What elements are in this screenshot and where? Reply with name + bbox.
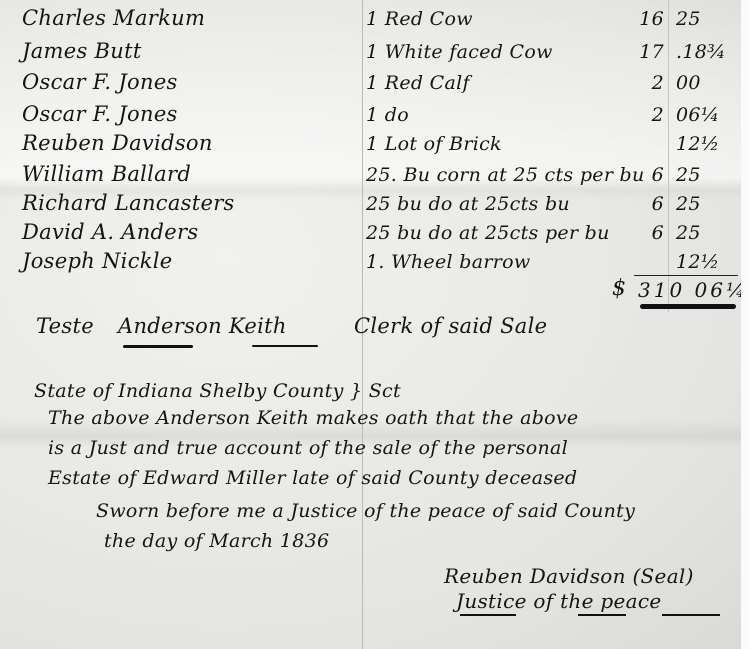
buyer-name: Oscar F. Jones <box>22 70 178 94</box>
ledger-total: $ 310 06¼ <box>600 272 740 312</box>
buyer-name: James Butt <box>22 39 142 63</box>
amount-cents: 12½ <box>676 251 720 273</box>
amount-dollars: 6 <box>606 164 664 186</box>
buyer-name: William Ballard <box>22 162 191 186</box>
total-rule <box>634 275 738 276</box>
clerk-name-underline <box>252 345 318 347</box>
article: 25. Bu corn at 25 cts per bu <box>366 164 645 186</box>
scanned-document-page: Charles Markum 1 Red Cow 16 25 James But… <box>0 0 749 649</box>
signature-underline <box>662 614 720 616</box>
justice-signature: Reuben Davidson (Seal) <box>444 564 694 588</box>
amount-dollars: 17 <box>606 41 664 63</box>
buyer-name: Richard Lancasters <box>22 191 235 215</box>
oath-line: is a Just and true account of the sale o… <box>48 437 568 459</box>
article: 1 Lot of Brick <box>366 133 502 155</box>
amount-cents: .18¾ <box>676 41 726 63</box>
ledger-row: Oscar F. Jones 1 do 2 06¼ <box>0 100 749 130</box>
amount-cents: 12½ <box>676 133 720 155</box>
page-edge <box>741 0 749 649</box>
clerk-role: Clerk of said Sale <box>354 314 547 338</box>
buyer-name: David A. Anders <box>22 220 198 244</box>
ledger-row: Oscar F. Jones 1 Red Calf 2 00 <box>0 68 749 98</box>
article: 1. Wheel barrow <box>366 251 530 273</box>
oath-date: the day of March 1836 <box>104 530 329 552</box>
article: 1 White faced Cow <box>366 41 553 63</box>
ledger-row: David A. Anders 25 bu do at 25cts per bu… <box>0 218 749 248</box>
signature-underline <box>460 614 516 616</box>
teste-label: Teste <box>36 314 94 338</box>
ledger-row: Reuben Davidson 1 Lot of Brick 12½ <box>0 129 749 159</box>
article: 1 Red Calf <box>366 72 470 94</box>
dollar-sign: $ <box>612 276 626 301</box>
clerk-name-underline <box>123 345 193 348</box>
oath-line: Estate of Edward Miller late of said Cou… <box>48 467 577 489</box>
article: 1 do <box>366 104 409 126</box>
clerk-name: Anderson Keith <box>118 314 287 338</box>
ledger-row: Charles Markum 1 Red Cow 16 25 <box>0 4 749 34</box>
amount-dollars: 16 <box>606 8 664 30</box>
amount-cents: 06¼ <box>676 104 720 126</box>
total-underline <box>640 304 736 309</box>
oath-line: Sworn before me a Justice of the peace o… <box>96 500 635 522</box>
justice-title: Justice of the peace <box>456 589 662 613</box>
article: 25 bu do at 25cts bu <box>366 193 570 215</box>
amount-dollars: 2 <box>606 104 664 126</box>
article: 25 bu do at 25cts per bu <box>366 222 610 244</box>
amount-cents: 25 <box>676 193 701 215</box>
article: 1 Red Cow <box>366 8 473 30</box>
amount-dollars: 2 <box>606 72 664 94</box>
amount-cents: 00 <box>676 72 701 94</box>
oath-line: The above Anderson Keith makes oath that… <box>48 407 578 429</box>
amount-cents: 25 <box>676 164 701 186</box>
ledger-row: Richard Lancasters 25 bu do at 25cts bu … <box>0 189 749 219</box>
signature-underline <box>578 614 626 616</box>
ledger-row: James Butt 1 White faced Cow 17 .18¾ <box>0 37 749 67</box>
buyer-name: Reuben Davidson <box>22 131 213 155</box>
buyer-name: Joseph Nickle <box>22 249 173 273</box>
amount-dollars: 6 <box>606 193 664 215</box>
oath-venue: State of Indiana Shelby County } Sct <box>34 380 401 402</box>
total-amount: 310 06¼ <box>638 278 748 302</box>
amount-dollars: 6 <box>606 222 664 244</box>
ledger-row: William Ballard 25. Bu corn at 25 cts pe… <box>0 160 749 190</box>
amount-cents: 25 <box>676 222 701 244</box>
amount-cents: 25 <box>676 8 701 30</box>
buyer-name: Charles Markum <box>22 6 205 30</box>
buyer-name: Oscar F. Jones <box>22 102 178 126</box>
